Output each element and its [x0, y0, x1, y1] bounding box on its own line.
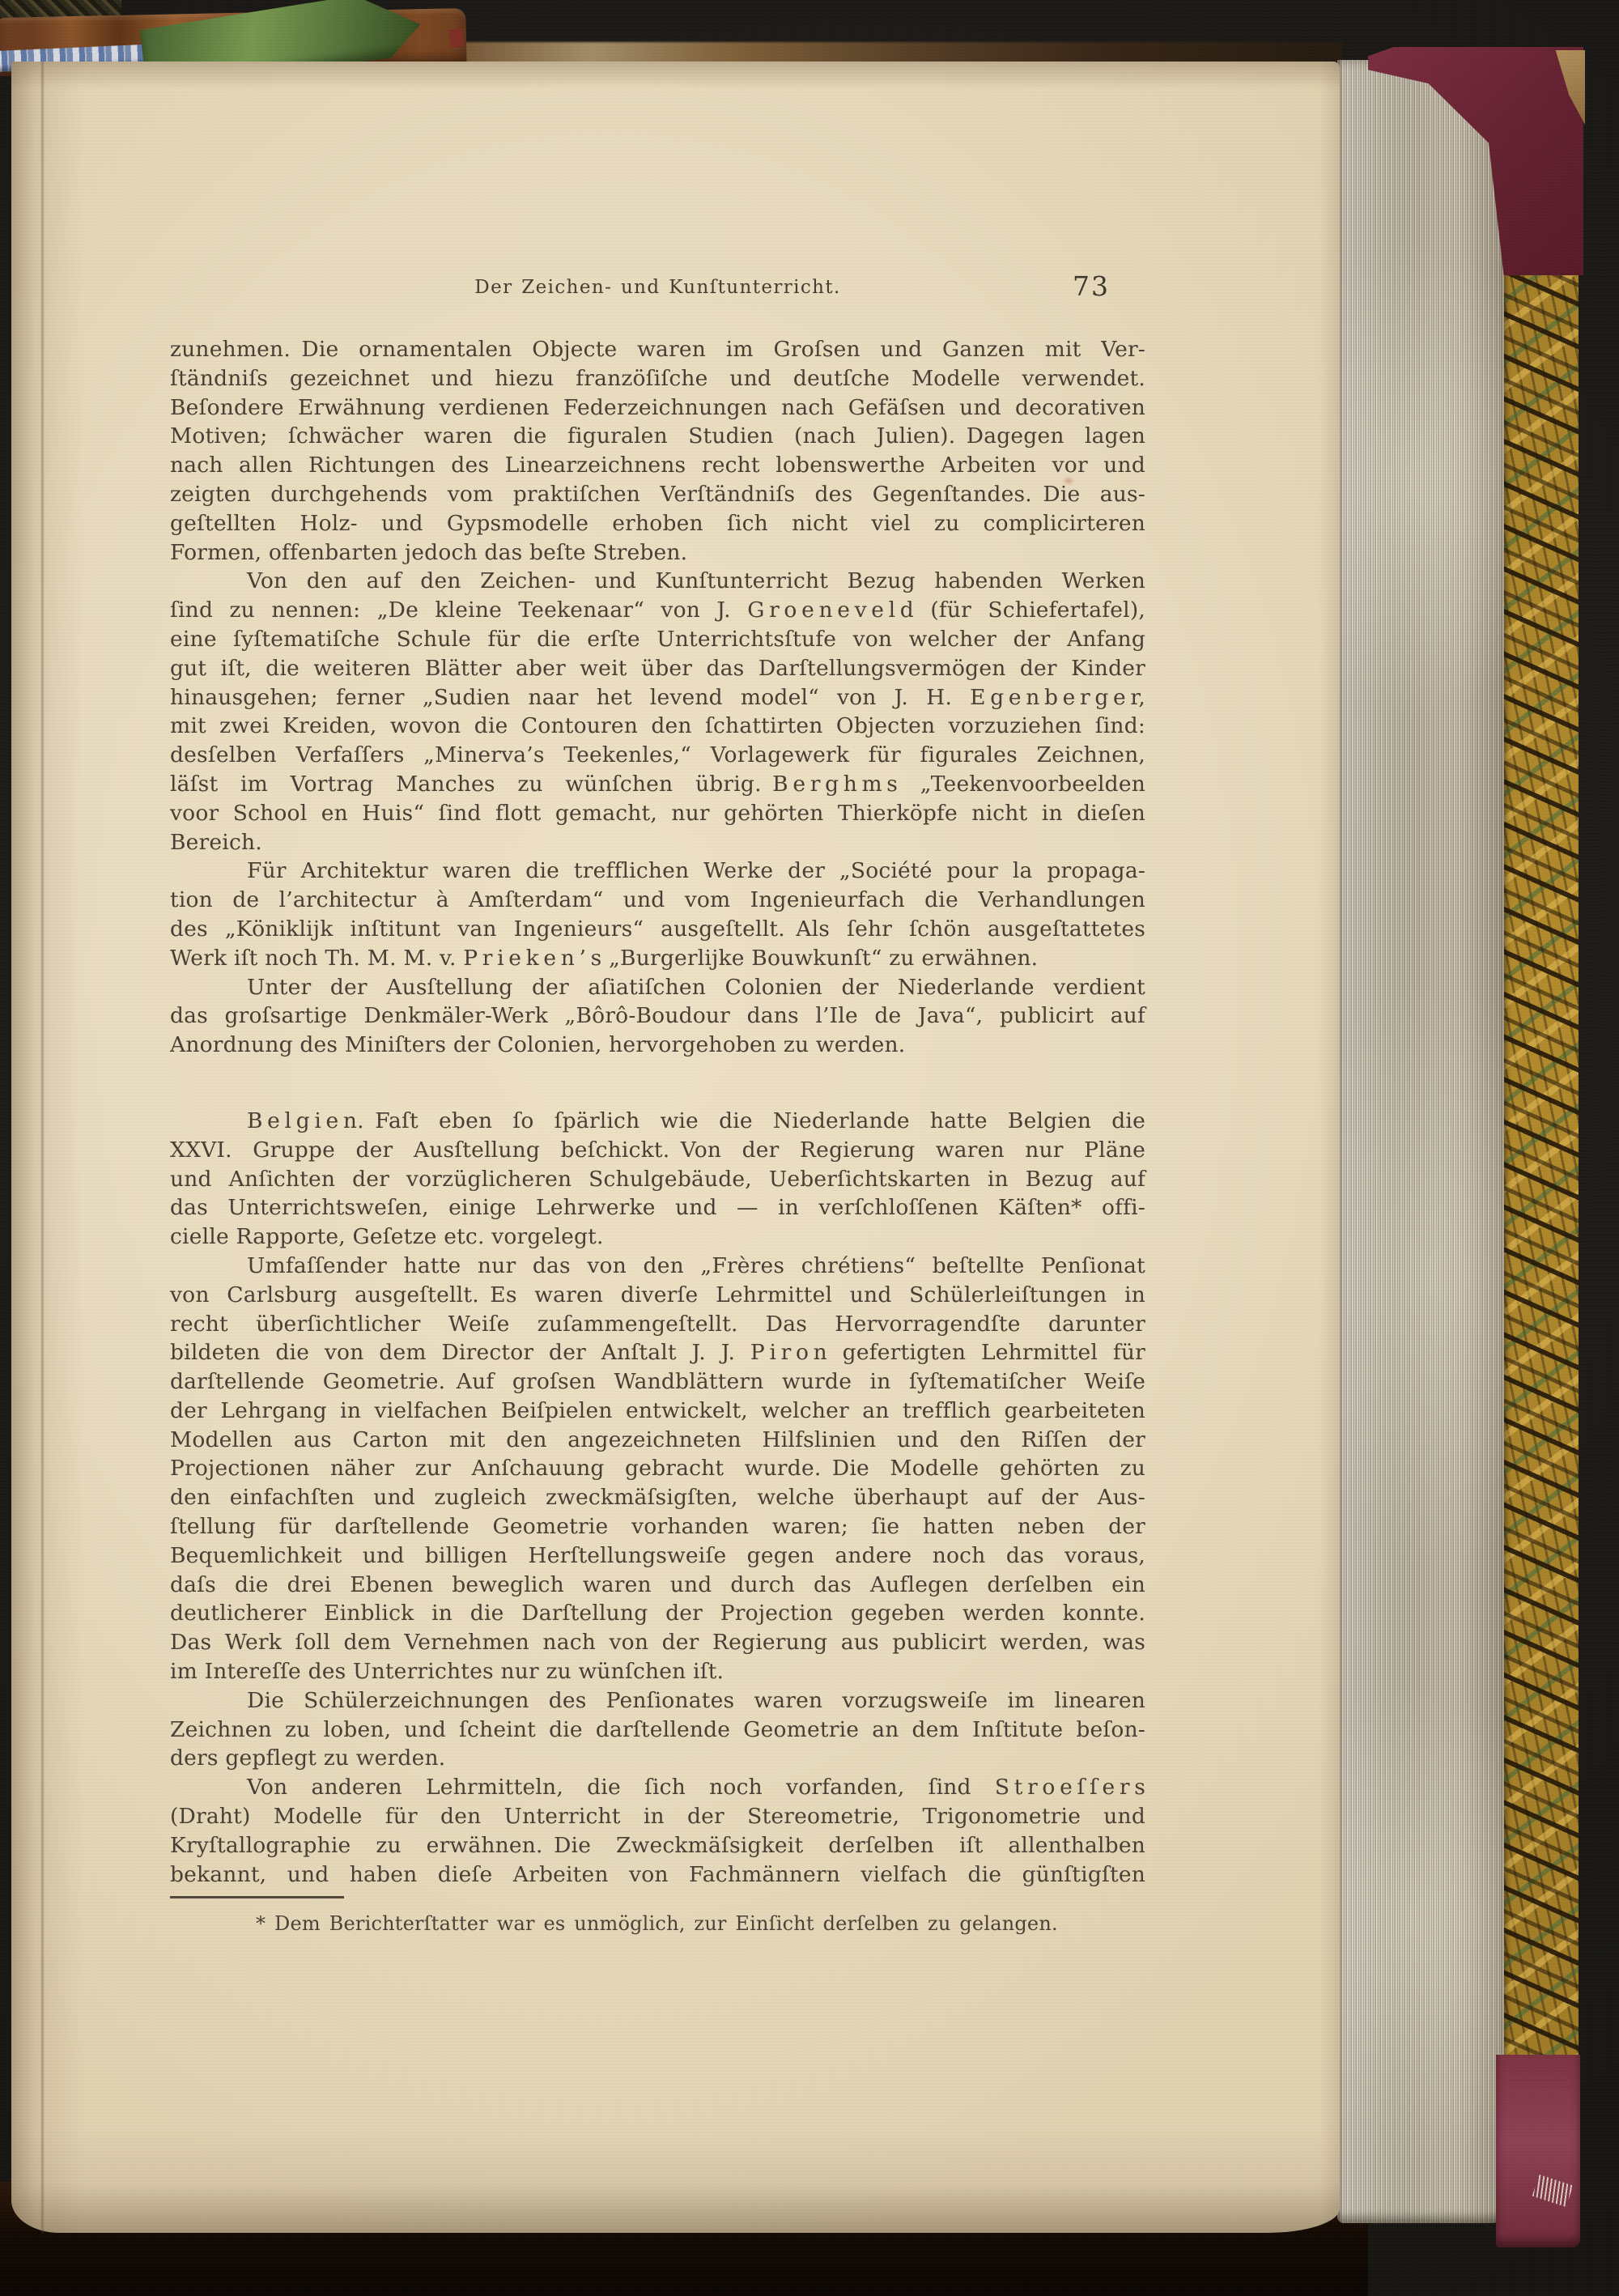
text-line: mit zwei Kreiden, wovon die Contouren de…	[170, 712, 1145, 741]
text-line: Anordnung des Miniſters der Colonien, he…	[170, 1031, 1145, 1060]
text-line: Beſondere Erwähnung verdienen Federzeich…	[170, 393, 1145, 423]
footnote-text: * Dem Berichterſtatter war es unmöglich,…	[170, 1911, 1145, 1937]
text-line: Kryſtallographie zu erwähnen. Die Zweckm…	[170, 1831, 1145, 1860]
text-line: Die Schülerzeichnungen des Penſionates w…	[170, 1686, 1145, 1716]
text-line: Bereich.	[170, 828, 1145, 857]
text-line: deutlicherer Einblick in die Darſtellung…	[170, 1599, 1145, 1628]
text-line: Unter der Ausſtellung der aſiatiſchen Co…	[170, 973, 1145, 1002]
text-line: bildeten die von dem Director der Anſtal…	[170, 1338, 1145, 1367]
text-line: ſtellung für darſtellende Geometrie vorh…	[170, 1512, 1145, 1541]
paragraph: Von anderen Lehrmitteln, die ſich noch v…	[170, 1773, 1145, 1889]
text-line: Das Werk ſoll dem Vernehmen nach von der…	[170, 1628, 1145, 1657]
text-line: hinausgehen; ferner „Sudien naar het lev…	[170, 683, 1145, 712]
running-title: Der Zeichen- und Kunſtunterricht.	[474, 277, 841, 298]
text-line: der Lehrgang in vielfachen Beiſpielen en…	[170, 1397, 1145, 1426]
text-line: gut iſt, die weiteren Blätter aber weit …	[170, 654, 1145, 683]
text-line: ſind zu nennen: „De kleine Teekenaar“ vo…	[170, 596, 1145, 625]
text-line: das groſsartige Denkmäler-Werk „Bôrô-Bou…	[170, 1001, 1145, 1031]
text-line: und Anſichten der vorzüglicheren Schulge…	[170, 1165, 1145, 1194]
paragraph: Umfaſſender hatte nur das von den „Frère…	[170, 1252, 1145, 1686]
paragraph: B e l g i e n. Faſt eben ſo ſpärlich wie…	[170, 1107, 1145, 1252]
paragraph: Unter der Ausſtellung der aſiatiſchen Co…	[170, 973, 1145, 1060]
text-line: Zeichnen zu loben, und ſcheint die darſt…	[170, 1716, 1145, 1745]
text-line: XXVI. Gruppe der Ausſtellung beſchickt. …	[170, 1136, 1145, 1165]
text-line: B e l g i e n. Faſt eben ſo ſpärlich wie…	[170, 1107, 1145, 1136]
text-line: recht überſichtlicher Weiſe zuſammengeſt…	[170, 1310, 1145, 1339]
running-head: Der Zeichen- und Kunſtunterricht. 73	[170, 277, 1145, 309]
text-line: nach allen Richtungen des Linearzeichnen…	[170, 451, 1145, 480]
text-line: von Carlsburg ausgeſtellt. Es waren dive…	[170, 1281, 1145, 1310]
text-line: bekannt, und haben dieſe Arbeiten von Fa…	[170, 1860, 1145, 1890]
text-line: Formen, offenbarten jedoch das beſte Str…	[170, 538, 1145, 568]
text-line: Werk iſt noch Th. M. M. v. P r i e k e n…	[170, 944, 1145, 973]
text-line: das Unterrichtsweſen, einige Lehrwerke u…	[170, 1193, 1145, 1222]
fore-edge-pages	[1337, 60, 1512, 2223]
marbled-board-edge	[1504, 267, 1579, 2060]
text-line: (Draht) Modelle für den Unterricht in de…	[170, 1802, 1145, 1831]
text-line: zeigten durchgehends vom praktiſchen Ver…	[170, 480, 1145, 509]
leather-corner-bottom	[1496, 2055, 1580, 2247]
text-line: Von anderen Lehrmitteln, die ſich noch v…	[170, 1773, 1145, 1802]
text-line: im Intereſſe des Unterrichtes nur zu wün…	[170, 1657, 1145, 1686]
text-line: Von den auf den Zeichen- und Kunſtunterr…	[170, 567, 1145, 596]
paragraph: zunehmen. Die ornamentalen Objecte waren…	[170, 335, 1145, 567]
scanned-book-photo: Der Zeichen- und Kunſtunterricht. 73 zun…	[0, 0, 1619, 2296]
text-line: Projectionen näher zur Anſchauung gebrac…	[170, 1454, 1145, 1483]
text-line: cielle Rapporte, Geſetze etc. vorgelegt.	[170, 1222, 1145, 1252]
book-page: Der Zeichen- und Kunſtunterricht. 73 zun…	[11, 62, 1340, 2233]
text-block: zunehmen. Die ornamentalen Objecte waren…	[170, 335, 1145, 1889]
footnote-rule	[170, 1896, 344, 1898]
text-line: Motiven; ſchwächer waren die figuralen S…	[170, 422, 1145, 451]
gutter-crease	[40, 62, 45, 2233]
text-line: ſtändniſs gezeichnet und hiezu franzöſiſ…	[170, 364, 1145, 393]
leather-accent	[449, 28, 465, 48]
text-line: Modellen aus Carton mit den angezeichnet…	[170, 1426, 1145, 1455]
paragraph: Die Schülerzeichnungen des Penſionates w…	[170, 1686, 1145, 1773]
text-line: darſtellende Geometrie. Auf groſsen Wand…	[170, 1367, 1145, 1397]
text-line: Bequemlichkeit und billigen Herſtellungs…	[170, 1541, 1145, 1571]
text-line: tion de l’architectur à Amſterdam“ und v…	[170, 886, 1145, 915]
text-line: zunehmen. Die ornamentalen Objecte waren…	[170, 335, 1145, 364]
text-line: daſs die drei Ebenen beweglich waren und…	[170, 1571, 1145, 1600]
text-line: desſelben Verfaſſers „Minerva’s Teekenle…	[170, 741, 1145, 770]
page-number: 73	[1073, 270, 1110, 302]
text-line: des „Köniklijk inſtitunt van Ingenieurs“…	[170, 915, 1145, 944]
text-line: eine ſyſtematiſche Schule für die erſte …	[170, 625, 1145, 654]
text-line: ders gepflegt zu werden.	[170, 1744, 1145, 1773]
paragraph: Für Architektur waren die trefflichen We…	[170, 857, 1145, 972]
text-line: geſtellten Holz- und Gypsmodelle erhoben…	[170, 509, 1145, 538]
text-line: Für Architektur waren die trefflichen We…	[170, 857, 1145, 886]
paragraph: Von den auf den Zeichen- und Kunſtunterr…	[170, 567, 1145, 857]
text-line: Umfaſſender hatte nur das von den „Frère…	[170, 1252, 1145, 1281]
text-line: läſst im Vortrag Manches zu wünſchen übr…	[170, 770, 1145, 799]
text-line: den einfachſten und zugleich zweckmäſsig…	[170, 1483, 1145, 1512]
text-line: voor School en Huis“ ſind flott gemacht,…	[170, 799, 1145, 828]
